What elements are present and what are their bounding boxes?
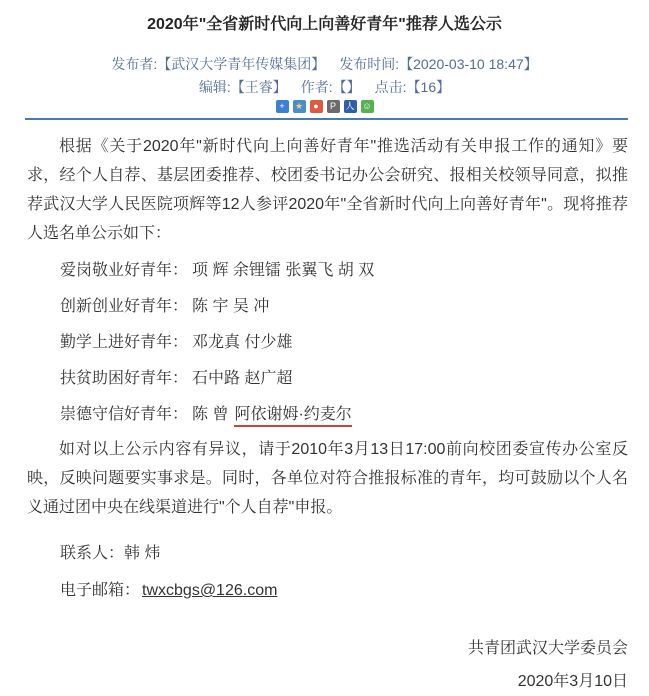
weibo-share-icon[interactable]: ● xyxy=(310,100,323,113)
candidate-names: 陈 宇 吴 冲 xyxy=(192,298,269,315)
clicks-field: 点击:【16】 xyxy=(375,79,450,95)
category-label: 扶贫助困好青年： xyxy=(60,370,188,387)
publish-time-value: 【2020-03-10 18:47】 xyxy=(399,56,538,72)
category-label: 勤学上进好青年： xyxy=(60,334,188,351)
candidate-names: 项 辉 余锂镭 张翼飞 胡 双 xyxy=(192,262,374,279)
share-icons: +★●P人☺ xyxy=(0,100,649,113)
contact-name: 韩 炜 xyxy=(124,545,160,562)
favorite-star-icon[interactable]: ★ xyxy=(293,100,306,113)
candidate-names: 石中路 赵广超 xyxy=(192,370,292,387)
qzone-share-icon[interactable]: P xyxy=(327,100,340,113)
clicks-value: 【16】 xyxy=(407,79,451,95)
author-value: 【】 xyxy=(333,79,361,95)
category-label: 创新创业好青年： xyxy=(60,298,188,315)
list-item: 创新创业好青年：陈 宇 吴 冲 xyxy=(60,289,628,325)
candidate-names: 陈 曾 xyxy=(192,406,228,423)
renren-share-icon[interactable]: 人 xyxy=(344,100,357,113)
list-item: 爱岗敬业好青年：项 辉 余锂镭 张翼飞 胡 双 xyxy=(60,253,628,289)
publish-time-label: 发布时间: xyxy=(339,56,399,72)
email-label: 电子邮箱： xyxy=(60,582,140,599)
candidate-list: 爱岗敬业好青年：项 辉 余锂镭 张翼飞 胡 双 创新创业好青年：陈 宇 吴 冲 … xyxy=(27,253,628,433)
page-title: 2020年"全省新时代向上向善好青年"推荐人选公示 xyxy=(0,14,649,36)
publisher-field: 发布者:【武汉大学青年传媒集团】 xyxy=(111,56,325,72)
author-label: 作者: xyxy=(301,79,333,95)
meta-line-1: 发布者:【武汉大学青年传媒集团】发布时间:【2020-03-10 18:47】 xyxy=(0,55,649,73)
notice-body: 根据《关于2020年"新时代向上向善好青年"推选活动有关申报工作的通知》要求，经… xyxy=(0,132,649,690)
editor-value: 【王睿】 xyxy=(231,79,287,95)
editor-label: 编辑: xyxy=(199,79,231,95)
clicks-label: 点击: xyxy=(375,79,407,95)
editor-field: 编辑:【王睿】 xyxy=(199,79,287,95)
list-item: 扶贫助困好青年：石中路 赵广超 xyxy=(60,361,628,397)
share-plus-icon[interactable]: + xyxy=(276,100,289,113)
category-label: 崇德守信好青年： xyxy=(60,406,188,423)
publisher-value: 【武汉大学青年传媒集团】 xyxy=(157,56,325,72)
contact-line: 联系人：韩 炜 xyxy=(60,545,628,562)
signature-organization: 共青团武汉大学委员会 xyxy=(27,640,628,657)
notice-page: 2020年"全省新时代向上向善好青年"推荐人选公示 发布者:【武汉大学青年传媒集… xyxy=(0,14,649,690)
author-field: 作者:【】 xyxy=(301,79,361,95)
candidate-names: 邓龙真 付少雄 xyxy=(192,334,292,351)
publisher-label: 发布者: xyxy=(111,56,157,72)
publish-time-field: 发布时间:【2020-03-10 18:47】 xyxy=(339,56,537,72)
objection-paragraph: 如对以上公示内容有异议，请于2010年3月13日17:00前向校团委宣传办公室反… xyxy=(27,435,628,522)
wechat-share-icon[interactable]: ☺ xyxy=(361,100,374,113)
meta-line-2: 编辑:【王睿】作者:【】点击:【16】 xyxy=(0,78,649,96)
category-label: 爱岗敬业好青年： xyxy=(60,262,188,279)
list-item: 勤学上进好青年：邓龙真 付少雄 xyxy=(60,325,628,361)
contact-label: 联系人： xyxy=(60,545,124,562)
header-divider xyxy=(25,118,628,120)
signature-date: 2020年3月10日 xyxy=(27,673,628,690)
email-line: 电子邮箱：twxcbgs@126.com xyxy=(60,582,628,599)
email-link[interactable]: twxcbgs@126.com xyxy=(142,582,277,599)
intro-paragraph: 根据《关于2020年"新时代向上向善好青年"推选活动有关申报工作的通知》要求，经… xyxy=(27,132,628,248)
list-item: 崇德守信好青年：陈 曾阿依谢姆·约麦尔 xyxy=(60,397,628,433)
underlined-candidate-name: 阿依谢姆·约麦尔 xyxy=(234,406,351,427)
